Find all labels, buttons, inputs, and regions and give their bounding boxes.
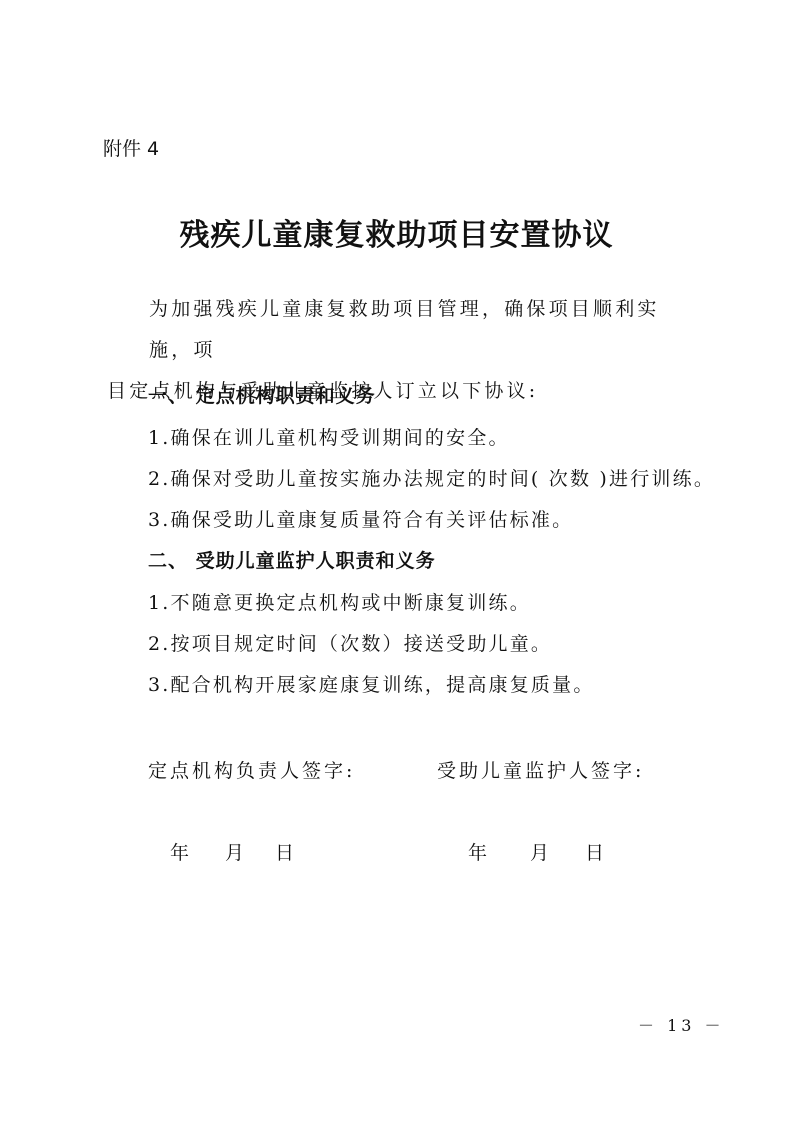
date-month: 月 <box>530 838 585 865</box>
document-title: 残疾儿童康复救助项目安置协议 <box>0 210 793 254</box>
section-1-item-2: 2.确保对受助儿童按实施办法规定的时间( 次数 )进行训练。 <box>148 464 715 491</box>
attachment-label: 附件 4 <box>103 134 159 161</box>
date-month: 月 <box>225 838 275 865</box>
date-day: 日 <box>275 838 294 865</box>
institution-date: 年月日 <box>170 838 294 865</box>
date-year: 年 <box>170 838 225 865</box>
section-2-heading: 二、 受助儿童监护人职责和义务 <box>148 546 436 573</box>
document-page: 附件 4 残疾儿童康复救助项目安置协议 为加强残疾儿童康复救助项目管理，确保项目… <box>0 0 793 1122</box>
guardian-signature-label: 受助儿童监护人签字: <box>437 756 644 783</box>
date-day: 日 <box>585 838 604 865</box>
section-1-item-3: 3.确保受助儿童康复质量符合有关评估标准。 <box>148 505 573 532</box>
date-year: 年 <box>468 838 530 865</box>
page-number: － 13 － <box>638 1013 725 1036</box>
institution-signature-label: 定点机构负责人签字: <box>148 756 355 783</box>
section-1-heading: 一、 定点机构职责和义务 <box>148 381 376 408</box>
intro-line-1: 为加强残疾儿童康复救助项目管理，确保项目顺利实施，项 <box>107 289 697 371</box>
section-2-item-1: 1.不随意更换定点机构或中断康复训练。 <box>148 588 531 615</box>
section-1-item-1: 1.确保在训儿童机构受训期间的安全。 <box>148 423 510 450</box>
section-2-item-3: 3.配合机构开展家庭康复训练，提高康复质量。 <box>148 670 595 697</box>
section-2-item-2: 2.按项目规定时间（次数）接送受助儿童。 <box>148 629 552 656</box>
guardian-date: 年月日 <box>468 838 604 865</box>
